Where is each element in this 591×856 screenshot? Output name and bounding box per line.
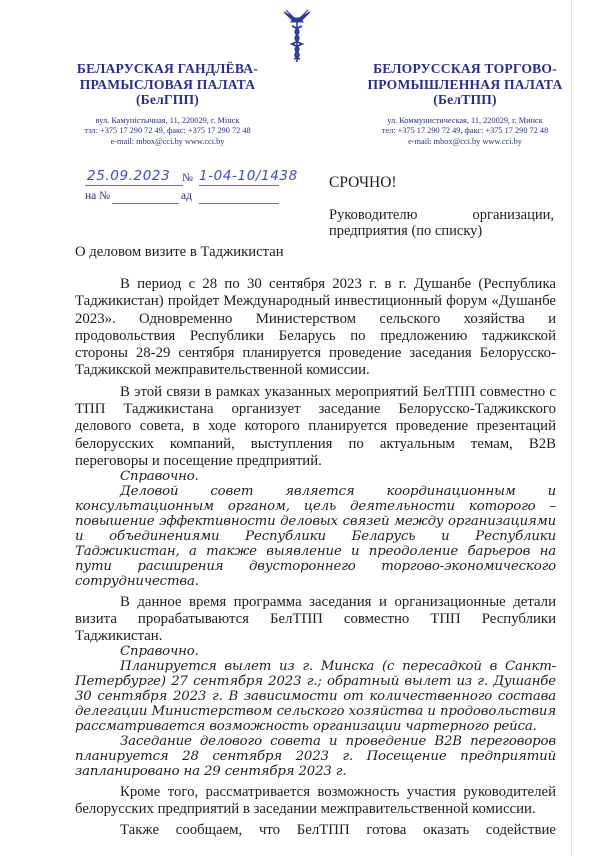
letter-body: В период с 28 по 30 сентября 2023 г. в г… bbox=[75, 276, 556, 839]
letter-subject: О деловом визите в Таджикистан bbox=[75, 244, 284, 261]
org-contacts: e-mail: mbox@cci.by www.cci.by bbox=[345, 137, 585, 148]
paragraph: В этой связи в рамках указанных мероприя… bbox=[75, 384, 556, 470]
reference-label: Справочно. bbox=[75, 470, 556, 485]
org-name-line1: БЕЛОРУССКАЯ ТОРГОВО- bbox=[345, 61, 585, 77]
addressee-line2: предприятия (по списку) bbox=[329, 223, 554, 239]
handwritten-number: 1-04-10/1438 bbox=[199, 168, 298, 184]
org-abbr: (БелГПП) bbox=[60, 92, 275, 108]
org-abbr: (БелТПП) bbox=[345, 92, 585, 108]
handwritten-date: 25.09.2023 bbox=[87, 168, 170, 184]
org-address: ул. Коммунистическая, 11, 220029, г. Мин… bbox=[345, 116, 585, 127]
reference-label: Справочно. bbox=[75, 645, 556, 660]
org-name-line1: БЕЛАРУСКАЯ ГАНДЛЁВА- bbox=[60, 61, 275, 77]
org-phones: тел: +375 17 290 72 49, факс: +375 17 29… bbox=[345, 126, 585, 137]
paragraph: Кроме того, рассматривается возможность … bbox=[75, 784, 556, 819]
org-name-line2: ПРОМЫШЛЕННАЯ ПАЛАТА bbox=[345, 77, 585, 93]
reply-to-label: на № bbox=[85, 190, 110, 202]
org-name-line2: ПРАМЫСЛОВАЯ ПАЛАТА bbox=[60, 77, 275, 93]
letterhead-russian: БЕЛОРУССКАЯ ТОРГОВО- ПРОМЫШЛЕННАЯ ПАЛАТА… bbox=[345, 61, 585, 147]
paragraph: Также сообщаем, что БелТПП готова оказат… bbox=[75, 822, 556, 839]
addressee-line1: Руководителю организации, bbox=[329, 207, 554, 223]
org-contacts: e-mail: mbox@cci.by www.cci.by bbox=[60, 137, 275, 148]
addressee: Руководителю организации, предприятия (п… bbox=[329, 207, 554, 239]
registration-block: 25.09.2023 № 1-04-10/1438 на № ад bbox=[85, 171, 300, 207]
caduceus-icon bbox=[283, 8, 311, 64]
org-phones: тэл: +375 17 290 72 49, факс: +375 17 29… bbox=[60, 126, 275, 137]
number-label: № bbox=[182, 172, 193, 184]
reference-note: Заседание делового совета и проведение B… bbox=[75, 735, 556, 780]
from-label: ад bbox=[181, 190, 192, 202]
letterhead-belarusian: БЕЛАРУСКАЯ ГАНДЛЁВА- ПРАМЫСЛОВАЯ ПАЛАТА … bbox=[60, 61, 275, 147]
paragraph: В период с 28 по 30 сентября 2023 г. в г… bbox=[75, 276, 556, 380]
reference-note: Планируется вылет из г. Минска (с переса… bbox=[75, 660, 556, 735]
org-address: вул. Камуністычная, 11, 220029, г. Мінск bbox=[60, 116, 275, 127]
paragraph: В данное время программа заседания и орг… bbox=[75, 594, 556, 646]
urgency-mark: СРОЧНО! bbox=[329, 174, 397, 192]
reference-note: Деловой совет является координационным и… bbox=[75, 485, 556, 589]
